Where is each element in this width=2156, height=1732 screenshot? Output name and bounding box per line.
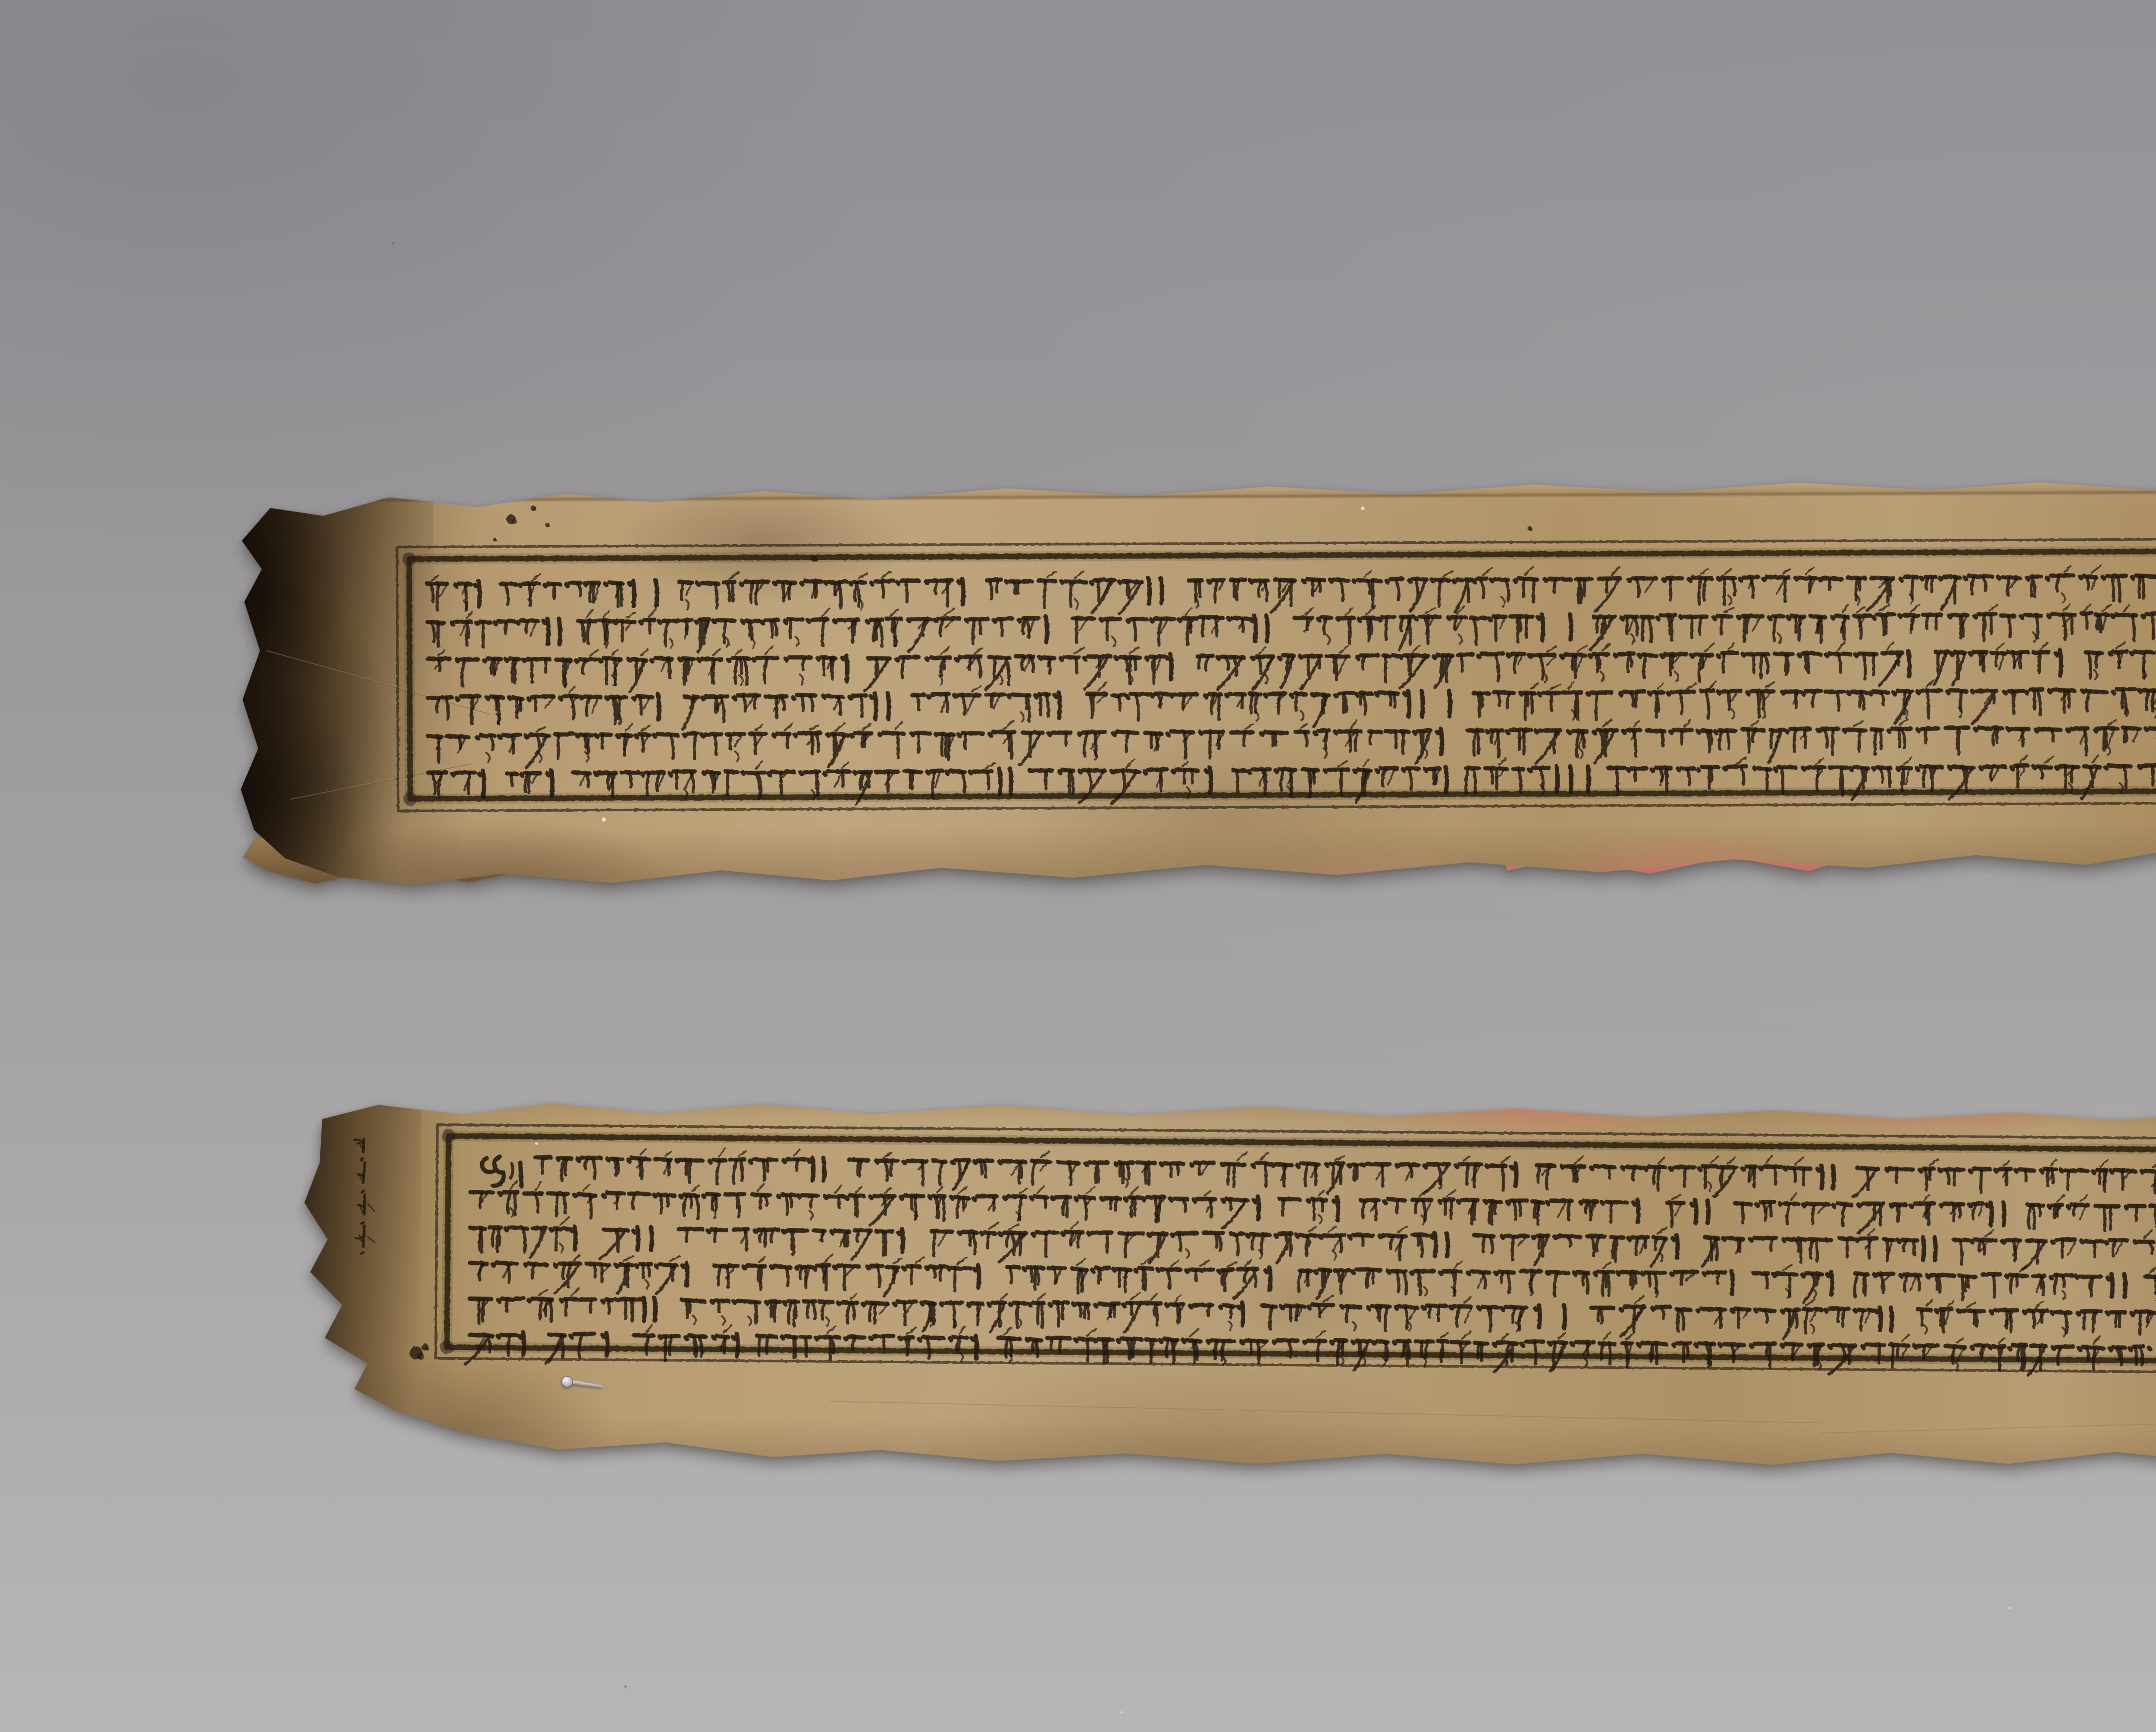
- pin-shaft: [570, 1380, 603, 1388]
- printed-text-block-upper: [235, 470, 2156, 887]
- manuscript-folio-lower: [289, 1093, 2156, 1475]
- pin-head: [561, 1375, 573, 1388]
- dust-speck: [1120, 1711, 1123, 1713]
- printed-text-block-lower: [289, 1093, 2156, 1475]
- folio-paper-lower: [289, 1093, 2156, 1475]
- dust-speck: [392, 242, 395, 245]
- manuscript-folio-upper: [235, 470, 2156, 887]
- dust-speck: [2008, 1607, 2011, 1609]
- photograph-backdrop: [0, 0, 2156, 1732]
- folio-paper-upper: [235, 470, 2156, 887]
- dust-speck: [624, 1685, 627, 1688]
